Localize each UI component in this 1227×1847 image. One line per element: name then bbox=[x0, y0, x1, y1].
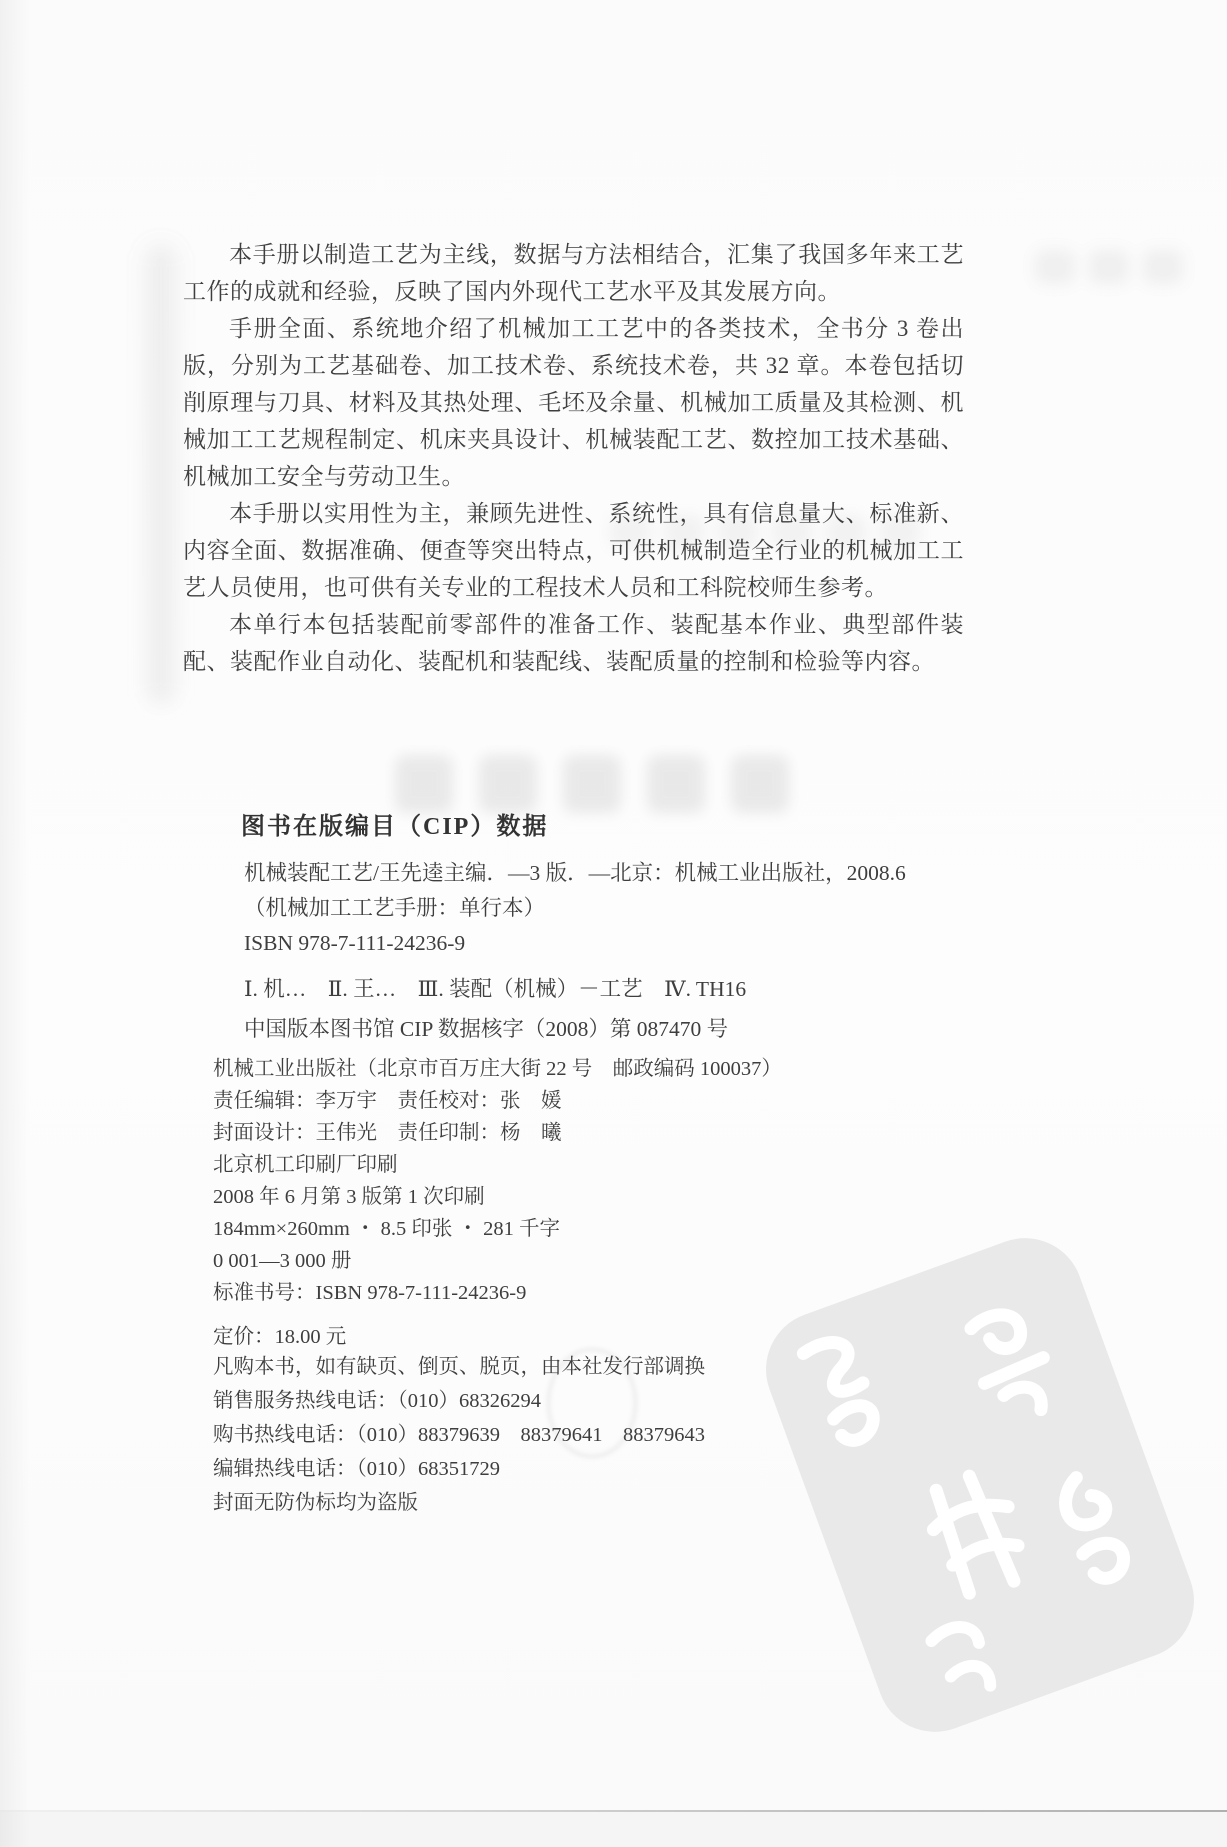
cip-registry-line: 中国版本图书馆 CIP 数据核字（2008）第 087470 号 bbox=[244, 1012, 728, 1043]
seal-calligraphy-icon bbox=[911, 1600, 1019, 1718]
cip-classification-line: Ⅰ. 机… Ⅱ. 王… Ⅲ. 装配（机械）－工艺 Ⅳ. TH16 bbox=[244, 972, 746, 1003]
cip-title-line: 机械装配工艺/王先逵主编．—3 版．—北京：机械工业出版社，2008.6 bbox=[244, 856, 984, 891]
cip-body: 机械装配工艺/王先逵主编．—3 版．—北京：机械工业出版社，2008.6 （机械… bbox=[244, 856, 984, 961]
edition-line: 2008 年 6 月第 3 版第 1 次印刷 bbox=[213, 1181, 993, 1213]
intro-text-block: 本手册以制造工艺为主线，数据与方法相结合，汇集了我国多年来工艺工作的成就和经验，… bbox=[183, 236, 964, 680]
format-line: 184mm×260mm ・ 8.5 印张 ・ 281 千字 bbox=[213, 1213, 993, 1245]
intro-paragraph-1: 本手册以制造工艺为主线，数据与方法相结合，汇集了我国多年来工艺工作的成就和经验，… bbox=[183, 236, 964, 310]
cip-isbn-line: ISBN 978-7-111-24236-9 bbox=[244, 926, 984, 961]
scan-edge-shadow bbox=[0, 0, 30, 1847]
cip-series-line: （机械加工工艺手册：单行本） bbox=[244, 891, 984, 926]
scan-gutter-smudge bbox=[146, 245, 176, 705]
intro-paragraph-2: 手册全面、系统地介绍了机械加工工艺中的各类技术，全书分 3 卷出版，分别为工艺基… bbox=[183, 310, 964, 495]
seal-calligraphy-icon bbox=[946, 1286, 1081, 1443]
editors-line: 责任编辑：李万宇 责任校对：张 媛 bbox=[213, 1085, 993, 1117]
book-copyright-page: 本手册以制造工艺为主线，数据与方法相结合，汇集了我国多年来工艺工作的成就和经验，… bbox=[0, 0, 1227, 1847]
cip-heading: 图书在版编目（CIP）数据 bbox=[241, 806, 548, 841]
publisher-line: 机械工业出版社（北京市百万庄大街 22 号 邮政编码 100037） bbox=[213, 1053, 993, 1085]
printer-line: 北京机工印刷厂印刷 bbox=[213, 1149, 993, 1181]
scan-ring-mark bbox=[547, 1348, 637, 1458]
ghost-bleed-through-top bbox=[1035, 250, 1197, 289]
design-line: 封面设计：王伟光 责任印制：杨 曦 bbox=[213, 1117, 993, 1149]
scan-bottom-strip bbox=[0, 1812, 1227, 1847]
intro-paragraph-3: 本手册以实用性为主，兼顾先进性、系统性，具有信息量大、标准新、内容全面、数据准确… bbox=[183, 495, 964, 606]
seal-calligraphy-icon bbox=[1032, 1453, 1159, 1605]
print-run-line: 0 001—3 000 册 bbox=[213, 1245, 993, 1277]
seal-calligraphy-icon bbox=[784, 1314, 914, 1466]
intro-paragraph-4: 本单行本包括装配前零部件的准备工作、装配基本作业、典型部件装配、装配作业自动化、… bbox=[183, 606, 964, 680]
